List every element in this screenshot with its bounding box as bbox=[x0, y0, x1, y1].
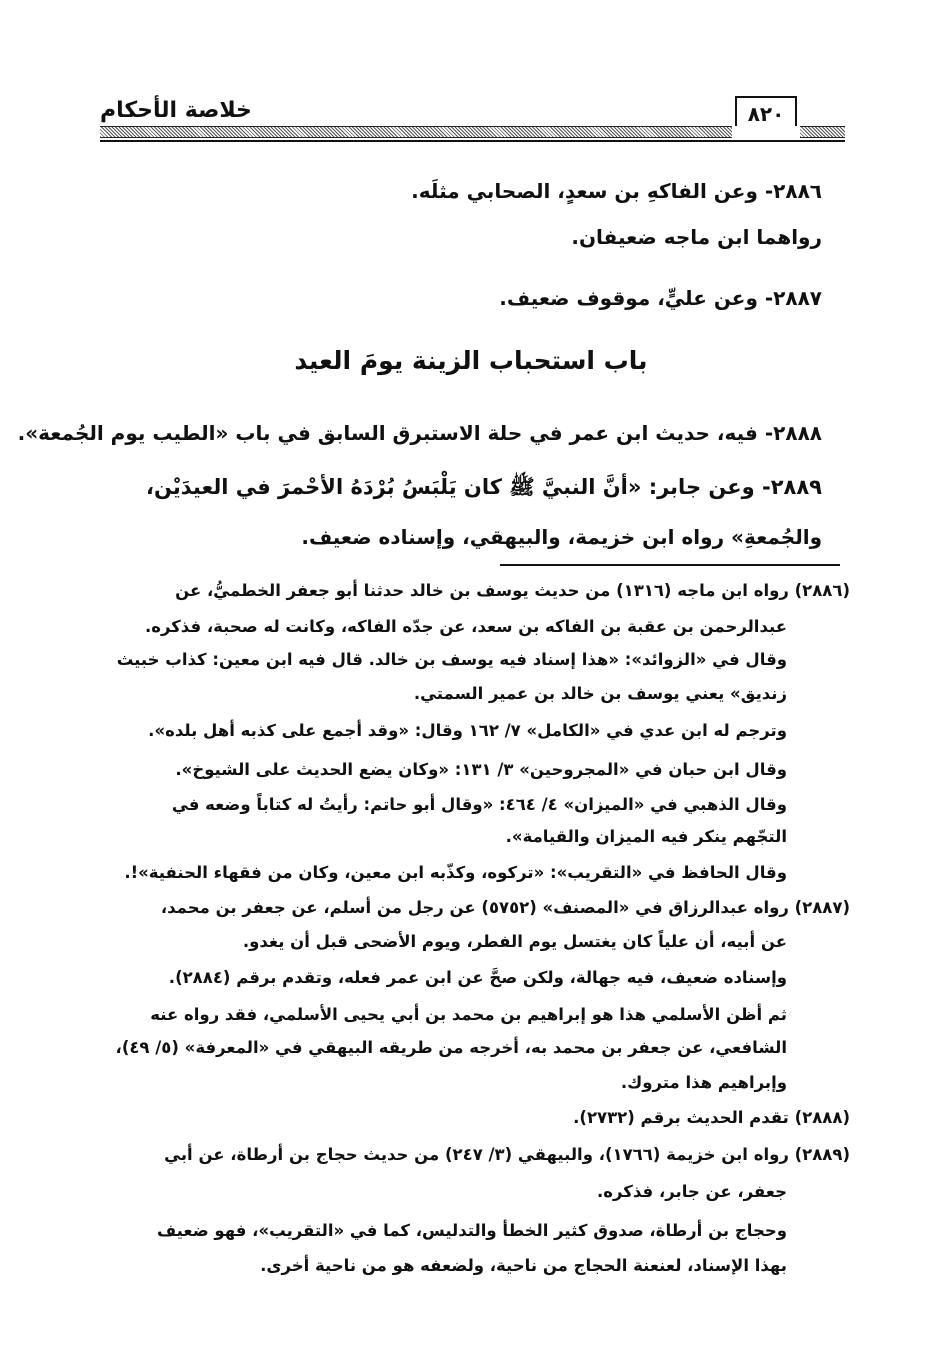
footnote-line: التجّهم ينكر فيه الميزان والقيامة». bbox=[506, 822, 787, 852]
footnote-line: وترجم له ابن عدي في «الكامل» ٧/ ١٦٢ وقال… bbox=[148, 716, 787, 746]
page-number: ٨٢٠ bbox=[735, 96, 797, 126]
hadith-2886: ٢٨٨٦- وعن الفاكهِ بن سعدٍ، الصحابي مثلَه… bbox=[102, 172, 822, 210]
footnote-line: وقال في «الزوائد»: «هذا إسناد فيه يوسف ب… bbox=[117, 645, 787, 675]
footnote-2887: (٢٨٨٧) رواه عبدالرزاق في «المصنف» (٥٧٥٢)… bbox=[161, 893, 850, 923]
footnote-2886: (٢٨٨٦) رواه ابن ماجه (١٣١٦) من حديث يوسف… bbox=[175, 576, 850, 606]
footnote-line: الشافعي، عن جعفر بن محمد به، أخرجه من طر… bbox=[116, 1033, 787, 1063]
footnote-line: زنديق» يعني يوسف بن خالد بن عمير السمتي. bbox=[414, 679, 787, 709]
footnote-2888: (٢٨٨٨) تقدم الحديث برقم (٢٧٣٢). bbox=[573, 1103, 850, 1133]
book-page: خلاصة الأحكام ٨٢٠ ٢٨٨٦- وعن الفاكهِ بن س… bbox=[0, 0, 942, 1369]
footnote-line: عن أبيه، أن علياً كان يغتسل يوم الفطر، و… bbox=[243, 927, 787, 957]
footnote-line: وقال الحافظ في «التقريب»: «تركوه، وكذّبه… bbox=[124, 858, 787, 888]
header-decorative-stripe-right bbox=[800, 126, 845, 138]
footnote-line: عبدالرحمن بن عقبة بن الفاكه بن سعد، عن ج… bbox=[145, 612, 787, 642]
chapter-title: باب استحباب الزينة يومَ العيد bbox=[0, 346, 942, 375]
header-decorative-stripe bbox=[100, 126, 732, 138]
footnote-line: وقال ابن حبان في «المجروحين» ٣/ ١٣١: «وك… bbox=[175, 755, 787, 785]
hadith-2887: ٢٨٨٧- وعن عليٍّ، موقوف ضعيف. bbox=[102, 279, 822, 317]
book-title: خلاصة الأحكام bbox=[100, 98, 252, 123]
hadith-2889-continued: والجُمعةِ» رواه ابن خزيمة، والبيهقي، وإس… bbox=[102, 518, 822, 556]
hadith-2886-grading: رواهما ابن ماجه ضعيفان. bbox=[102, 218, 822, 256]
hadith-2888: ٢٨٨٨- فيه، حديث ابن عمر في حلة الاستبرق … bbox=[102, 414, 822, 452]
hadith-2889: ٢٨٨٩- وعن جابر: «أنَّ النبيَّ ﷺ كان يَلْ… bbox=[102, 468, 822, 506]
header-rule bbox=[100, 140, 845, 142]
footnote-line: ثم أظن الأسلمي هذا هو إبراهيم بن محمد بن… bbox=[150, 1000, 787, 1030]
footnote-line: وإسناده ضعيف، فيه جهالة، ولكن صحَّ عن اب… bbox=[169, 963, 787, 993]
footnote-line: بهذا الإسناد، لعنعنة الحجاج من ناحية، ول… bbox=[260, 1251, 787, 1281]
running-header: خلاصة الأحكام ٨٢٠ bbox=[100, 96, 845, 148]
footnote-line: وحجاج بن أرطاة، صدوق كثير الخطأ والتدليس… bbox=[157, 1216, 787, 1246]
footnote-line: وقال الذهبي في «الميزان» ٤/ ٤٦٤: «وقال أ… bbox=[172, 790, 787, 820]
footnote-2889: (٢٨٨٩) رواه ابن خزيمة (١٧٦٦)، والبيهقي (… bbox=[164, 1140, 850, 1170]
footnote-line: جعفر، عن جابر، فذكره. bbox=[597, 1177, 787, 1207]
footnote-divider bbox=[500, 564, 840, 566]
footnote-line: وإبراهيم هذا متروك. bbox=[621, 1068, 787, 1098]
